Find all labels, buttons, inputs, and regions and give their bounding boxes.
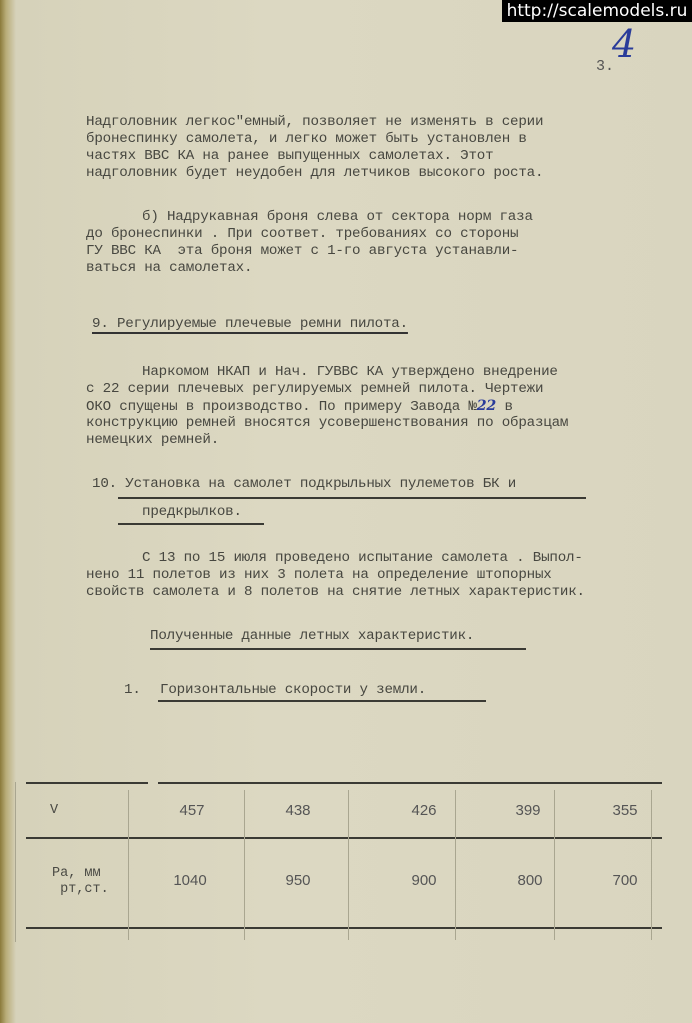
- watermark: http://scalemodels.ru: [502, 0, 692, 22]
- text-span: ОКО спущены в производство. По примеру З…: [86, 399, 477, 415]
- text-line: ОКО спущены в производство. По примеру З…: [86, 398, 513, 416]
- text-line: немецких ремней.: [86, 432, 219, 449]
- subsection-number: 1.: [124, 682, 141, 699]
- table-rule-top: [158, 782, 662, 784]
- table-divider: [128, 790, 129, 940]
- table-divider: [348, 790, 349, 940]
- text-line: с 22 серии плечевых регулируемых ремней …: [86, 381, 543, 398]
- underline: [158, 700, 486, 702]
- table-cell: 355: [585, 802, 665, 819]
- text-line: Наркомом НКАП и Нач. ГУВВС КА утверждено…: [142, 364, 558, 381]
- text-line: нено 11 полетов из них 3 полета на опред…: [86, 567, 552, 584]
- table-cell: 700: [585, 872, 665, 889]
- handwritten-page-number: 4: [612, 22, 636, 66]
- section-heading-9: 9. Регулируемые плечевые ремни пилота.: [92, 316, 408, 333]
- text-line: бронеспинку самолета, и легко может быть…: [86, 131, 527, 148]
- handwritten-factory-number: 22: [477, 398, 496, 414]
- underline: [118, 523, 264, 525]
- results-heading: Полученные данные летных характеристик.: [150, 628, 474, 645]
- table-divider: [244, 790, 245, 940]
- table-cell: 426: [384, 802, 464, 819]
- text-line: до бронеспинки . При соответ. требования…: [86, 226, 518, 243]
- text-line: частях ВВС КА на ранее выпущенных самоле…: [86, 148, 493, 165]
- text-line: свойств самолета и 8 полетов на снятие л…: [86, 584, 585, 601]
- table-cell: 1040: [150, 872, 230, 889]
- text-line: б) Надрукавная броня слева от сектора но…: [142, 209, 533, 226]
- table-cell: 950: [258, 872, 338, 889]
- table-cell: 399: [488, 802, 568, 819]
- typed-page-number: 3.: [596, 58, 614, 75]
- table-cell: 800: [490, 872, 570, 889]
- subsection-heading: Горизонтальные скорости у земли.: [160, 682, 426, 699]
- text-line: Надголовник легкос"емный, позволяет не и…: [86, 114, 543, 131]
- row-label-speed: V: [50, 803, 58, 819]
- table-border: [15, 782, 16, 942]
- section-heading-10-line1: 10. Установка на самолет подкрыльных пул…: [92, 476, 516, 493]
- text-line: ваться на самолетах.: [86, 260, 252, 277]
- section-heading-10-line2: предкрылков.: [142, 504, 242, 521]
- table-cell: 438: [258, 802, 338, 819]
- underline: [118, 497, 586, 499]
- table-rule-mid: [26, 837, 662, 839]
- text-line: надголовник будет неудобен для летчиков …: [86, 165, 543, 182]
- row-label-pressure: Pa, мм рт,ст.: [52, 866, 109, 898]
- text-line: конструкцию ремней вносятся усовершенств…: [86, 415, 568, 432]
- text-line: ГУ ВВС КА эта броня может с 1-го августа…: [86, 243, 518, 260]
- table-rule-top: [26, 782, 148, 784]
- underline: [150, 648, 526, 650]
- text-line: С 13 по 15 июля проведено испытание само…: [142, 550, 583, 567]
- table-rule-bottom: [26, 927, 662, 929]
- text-span: в: [504, 399, 512, 415]
- table-cell: 900: [384, 872, 464, 889]
- table-cell: 457: [152, 802, 232, 819]
